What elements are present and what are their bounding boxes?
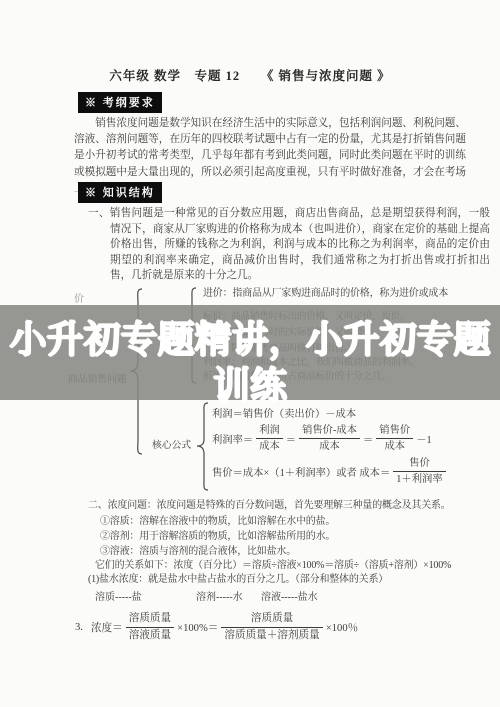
formula-3-lead: 浓度＝ [91,620,123,635]
section-2-item: ③溶液：溶质与溶剂的混合液体，比如盐水。 [100,542,296,557]
core-formula-label: 核心公式 [152,437,191,451]
fraction-numerator: 溶质质量 [126,612,174,628]
promo-overlay-line2: 训练 [0,355,500,409]
mapping-solution: 溶液-----盐水 [261,588,318,603]
fraction-denominator: 溶液质量 [126,628,174,643]
fraction-numerator: 溶质质量 [221,612,322,628]
fraction-numerator: 售价 [393,457,445,472]
section-2-saltwater: (1)盐水浓度：就是盐水中盐占盐水的百分之几。（部分和整体的关系） [88,570,388,585]
formula-3-number: 3. [75,622,83,633]
fraction: 利润 成本 [256,424,283,454]
fraction: 销售价-成本 成本 [299,424,360,454]
fraction-denominator: 成本 [376,439,413,453]
formula-concentration: 3. 浓度＝ 溶质质量 溶液质量 ×100%＝ 溶质质量 溶质质量＋溶剂质量 ×… [75,612,358,643]
section-2-relation: 它们的关系如下：浓度（百分比）＝溶质÷溶液×100%＝溶质÷（溶质+溶剂）×10… [95,556,451,571]
fraction: 溶质质量 溶液质量 [126,612,174,643]
fraction-numerator: 销售价 [376,424,413,439]
badge-knowledge-structure: ※ 知识结构 [78,182,162,203]
mapping-solute: 溶质-----盐 [95,588,142,603]
document-page: 六年级 数学 专题 12 《 销售与浓度问题 》 ※ 考纲要求 销售浓度问题是数… [0,0,500,707]
fraction-numerator: 利润 [256,424,283,439]
formula-3-tail: ×100％ [326,620,358,635]
stray-char: 价 [74,290,84,305]
badge-exam-requirements: ※ 考纲要求 [78,92,162,113]
fraction-numerator: 销售价-成本 [299,424,360,439]
section-1-text: 销售问题是一种常见的百分数应用题，商店出售商品，总是期望获得利润，一般情况下，商… [110,208,490,281]
equals-sign: ＝ [286,431,296,446]
formula-profit-rate: 利润率＝ 利润 成本 ＝ 销售价-成本 成本 ＝ 销售价 成本 －1 [212,424,432,454]
fraction-denominator: 1＋利润率 [393,472,445,486]
mapping-solvent: 溶剂-----水 [196,588,243,603]
core-formula-brace [196,402,209,491]
section-1-number: 一、 [88,208,110,219]
formula-3-mid: ×100%＝ [177,620,218,635]
formula-price-lead: 售价＝成本×（1＋利润率）或者 成本＝ [212,464,390,479]
fraction-denominator: 成本 [299,439,360,453]
formula-rate-tail: －1 [416,431,431,446]
formula-rate-lead: 利润率＝ [212,431,253,446]
fraction-denominator: 溶质质量＋溶剂质量 [221,628,322,643]
fraction: 溶质质量 溶质质量＋溶剂质量 [221,612,322,643]
promo-overlay-banner: 小升初专题精讲，小升初专题 训练 [0,305,500,400]
section-2-item: ①溶质：溶解在溶液中的物质，比如溶解在水中的盐。 [100,512,335,527]
page-title: 六年级 数学 专题 12 《 销售与浓度问题 》 [0,66,500,84]
fraction-denominator: 成本 [256,439,283,453]
definition-jinjia: 进价：指商品从厂家购进商品时的价格，称为进价或成本 [203,284,448,299]
section-2-heading: 二、浓度问题：浓度问题是特殊的百分数问题，首先要理解三种量的概念及其关系。 [88,496,451,511]
fraction: 销售价 成本 [376,424,413,454]
equals-sign: ＝ [363,431,373,446]
section-1-paragraph: 一、销售问题是一种常见的百分数应用题，商店出售商品，总是期望获得利润，一般情况下… [88,206,490,284]
fraction: 售价 1＋利润率 [393,457,445,487]
formula-price: 售价＝成本×（1＋利润率）或者 成本＝ 售价 1＋利润率 [212,457,449,487]
section-2-item: ②溶剂：用于溶解溶质的物质，比如溶解盐所用的水。 [100,527,335,542]
